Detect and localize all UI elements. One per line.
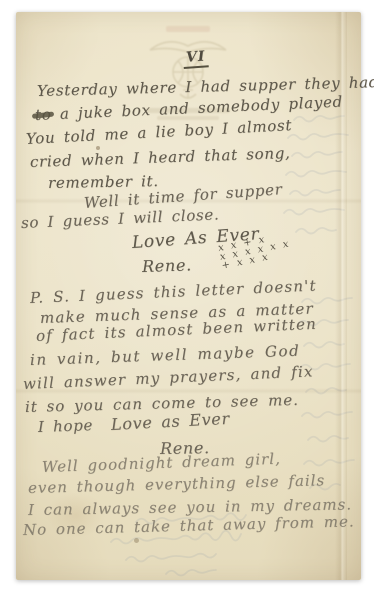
letter-paper: VI Yesterday where I had supper they had… — [16, 12, 361, 580]
page-number: VI — [182, 46, 209, 66]
letter-line: Well goodnight dream girl, — [42, 450, 281, 476]
strikeout-word: to — [35, 105, 52, 124]
page-number-text: VI — [183, 48, 210, 69]
photo-of-handwritten-letter: VI Yesterday where I had supper they had… — [0, 0, 374, 599]
stain-spot — [96, 146, 100, 150]
letter-line: cried when I heard that song, — [30, 144, 291, 171]
signature: Rene. — [142, 255, 193, 276]
stain-spot — [134, 538, 139, 543]
letterhead-red-smudge — [166, 26, 210, 32]
letter-line: even though everything else fails — [28, 471, 326, 497]
closing-lead: I hope — [38, 416, 94, 436]
